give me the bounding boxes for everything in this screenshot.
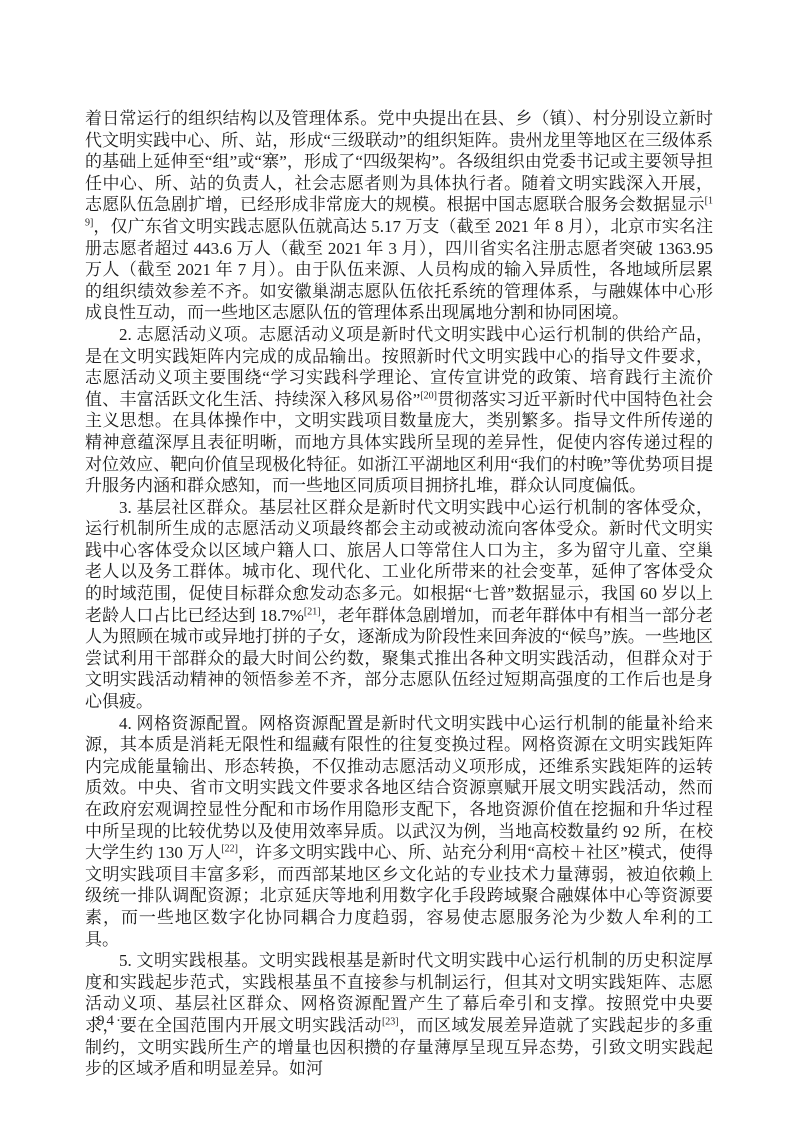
citation-reference: [21] xyxy=(304,606,321,617)
citation-reference: [23] xyxy=(382,1016,399,1027)
document-page: 着日常运行的组织结构以及管理体系。党中央提出在县、乡（镇）、村分别设立新时代文明… xyxy=(0,0,793,1122)
paragraph: 3. 基层社区群众。基层社区群众是新时代文明实践中心运行机制的客体受众，运行机制… xyxy=(85,497,713,713)
page-number: ·94· xyxy=(90,1013,123,1030)
paragraph: 4. 网格资源配置。网格资源配置是新时代文明实践中心运行机制的能量补给来源，其本… xyxy=(85,713,713,951)
paragraph: 着日常运行的组织结构以及管理体系。党中央提出在县、乡（镇）、村分别设立新时代文明… xyxy=(85,108,713,324)
paragraph: 2. 志愿活动义项。志愿活动义项是新时代文明实践中心运行机制的供给产品，是在文明… xyxy=(85,324,713,497)
article-body: 着日常运行的组织结构以及管理体系。党中央提出在县、乡（镇）、村分别设立新时代文明… xyxy=(85,108,713,1080)
citation-reference: [20] xyxy=(420,390,437,401)
paragraph: 5. 文明实践根基。文明实践根基是新时代文明实践中心运行机制的历史积淀厚度和实践… xyxy=(85,950,713,1080)
citation-reference: [19] xyxy=(85,196,713,229)
citation-reference: [22] xyxy=(221,844,238,855)
